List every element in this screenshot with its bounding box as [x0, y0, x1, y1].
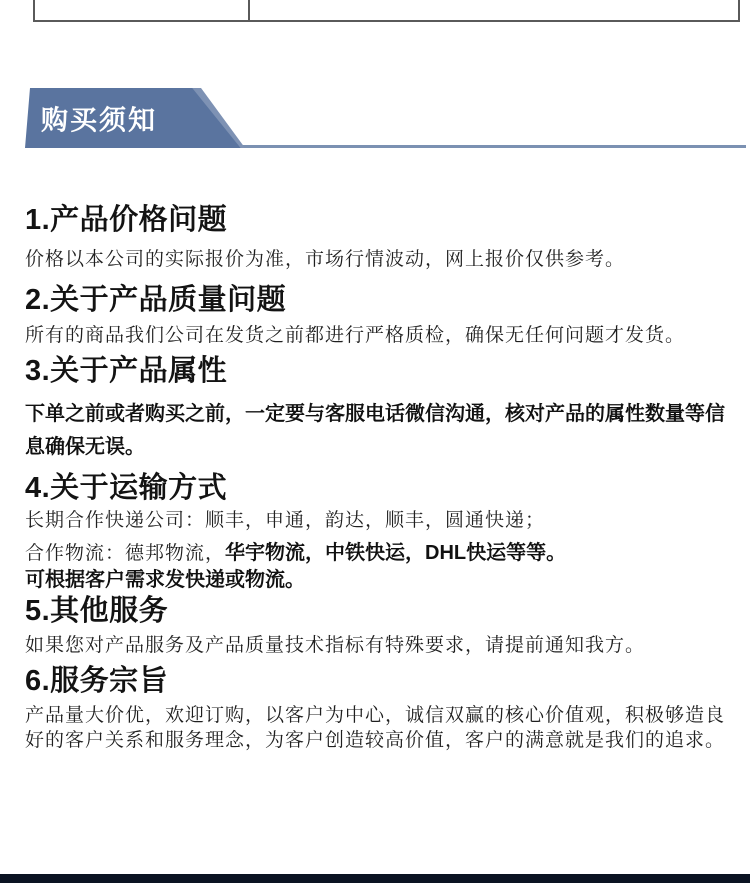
notice-section-shipping: 4.关于运输方式 长期合作快递公司：顺丰，申通，韵达，顺丰，圆通快递； 合作物流…: [25, 471, 737, 595]
section-paragraph: 下单之前或者购买之前，一定要与客服电话微信沟通，核对产品的属性数量等信息确保无误…: [25, 398, 737, 464]
section-paragraph: 可根据客户需求发快递或物流。: [25, 566, 737, 595]
section-heading: 1.产品价格问题: [25, 203, 737, 237]
table-fragment: [33, 0, 740, 22]
paragraph-part: 华宇物流，中铁快运，DHL快运等等。: [225, 542, 566, 564]
section-heading: 4.关于运输方式: [25, 471, 737, 505]
section-heading: 6.服务宗旨: [25, 664, 737, 698]
paragraph-part: 合作物流：德邦物流，: [25, 543, 225, 564]
section-heading: 3.关于产品属性: [25, 354, 737, 388]
purchase-notice-page: 购买须知 1.产品价格问题 价格以本公司的实际报价为准，市场行情波动，网上报价仅…: [0, 0, 750, 883]
notice-section-service-tenet: 6.服务宗旨 产品量大价优，欢迎订购，以客户为中心，诚信双赢的核心价值观，积极够…: [25, 664, 737, 753]
section-heading: 5.其他服务: [25, 594, 737, 628]
notice-section-price: 1.产品价格问题 价格以本公司的实际报价为准，市场行情波动，网上报价仅供参考。: [25, 203, 737, 274]
banner-title: 购买须知: [41, 99, 157, 138]
notice-section-other-services: 5.其他服务 如果您对产品服务及产品质量技术指标有特殊要求，请提前通知我方。: [25, 594, 737, 660]
section-banner: 购买须知: [25, 88, 245, 148]
table-cell-left: [35, 0, 250, 20]
section-paragraph: 如果您对产品服务及产品质量技术指标有特殊要求，请提前通知我方。: [25, 632, 737, 660]
section-paragraph: 长期合作快递公司：顺丰，申通，韵达，顺丰，圆通快递；: [25, 506, 737, 535]
notice-section-attributes: 3.关于产品属性 下单之前或者购买之前，一定要与客服电话微信沟通，核对产品的属性…: [25, 354, 737, 464]
section-paragraph: 产品量大价优，欢迎订购，以客户为中心，诚信双赢的核心价值观，积极够造良好的客户关…: [25, 703, 737, 753]
table-cell-right: [250, 0, 738, 20]
section-paragraph: 价格以本公司的实际报价为准，市场行情波动，网上报价仅供参考。: [25, 246, 737, 274]
section-paragraph: 所有的商品我们公司在发货之前都进行严格质检，确保无任何问题才发货。: [25, 322, 737, 350]
notice-section-quality: 2.关于产品质量问题 所有的商品我们公司在发货之前都进行严格质检，确保无任何问题…: [25, 283, 737, 350]
section-paragraph: 合作物流：德邦物流，华宇物流，中铁快运，DHL快运等等。: [25, 536, 737, 565]
footer-bar: [0, 874, 750, 883]
section-heading: 2.关于产品质量问题: [25, 283, 737, 317]
